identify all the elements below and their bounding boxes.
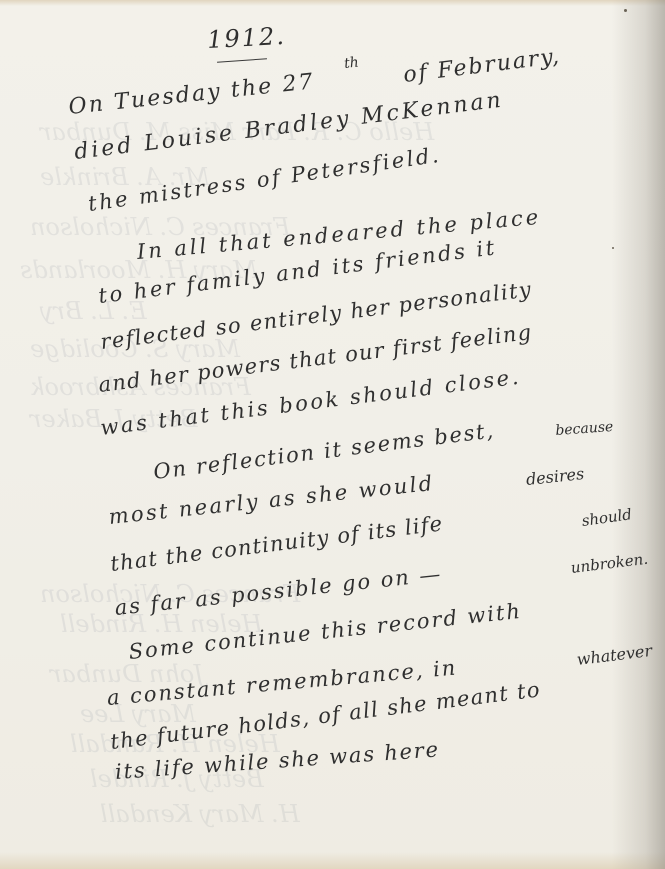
insertion-whatever: whatever bbox=[576, 641, 653, 669]
ink-spot bbox=[624, 9, 627, 12]
insertion-desires: desires bbox=[525, 464, 585, 489]
manuscript-line-1-end: of February, bbox=[402, 44, 562, 88]
manuscript-line-1: On Tuesday the 27 bbox=[67, 69, 316, 120]
insertion-because: because bbox=[555, 419, 614, 439]
year-heading: 1912. bbox=[207, 22, 287, 54]
superscript-th: th bbox=[343, 55, 359, 72]
manuscript-line-9: On reflection it seems best, bbox=[152, 418, 496, 484]
bleed-through-text: H. Mary Kendall bbox=[100, 800, 300, 828]
insertion-unbroken: unbroken. bbox=[570, 550, 649, 577]
insertion-should: should bbox=[580, 505, 632, 530]
year-underline bbox=[217, 58, 267, 62]
ink-spot bbox=[612, 247, 614, 249]
manuscript-page: Hello C. R. Farr Miss M. Dunbar Mr. A. B… bbox=[0, 0, 665, 869]
